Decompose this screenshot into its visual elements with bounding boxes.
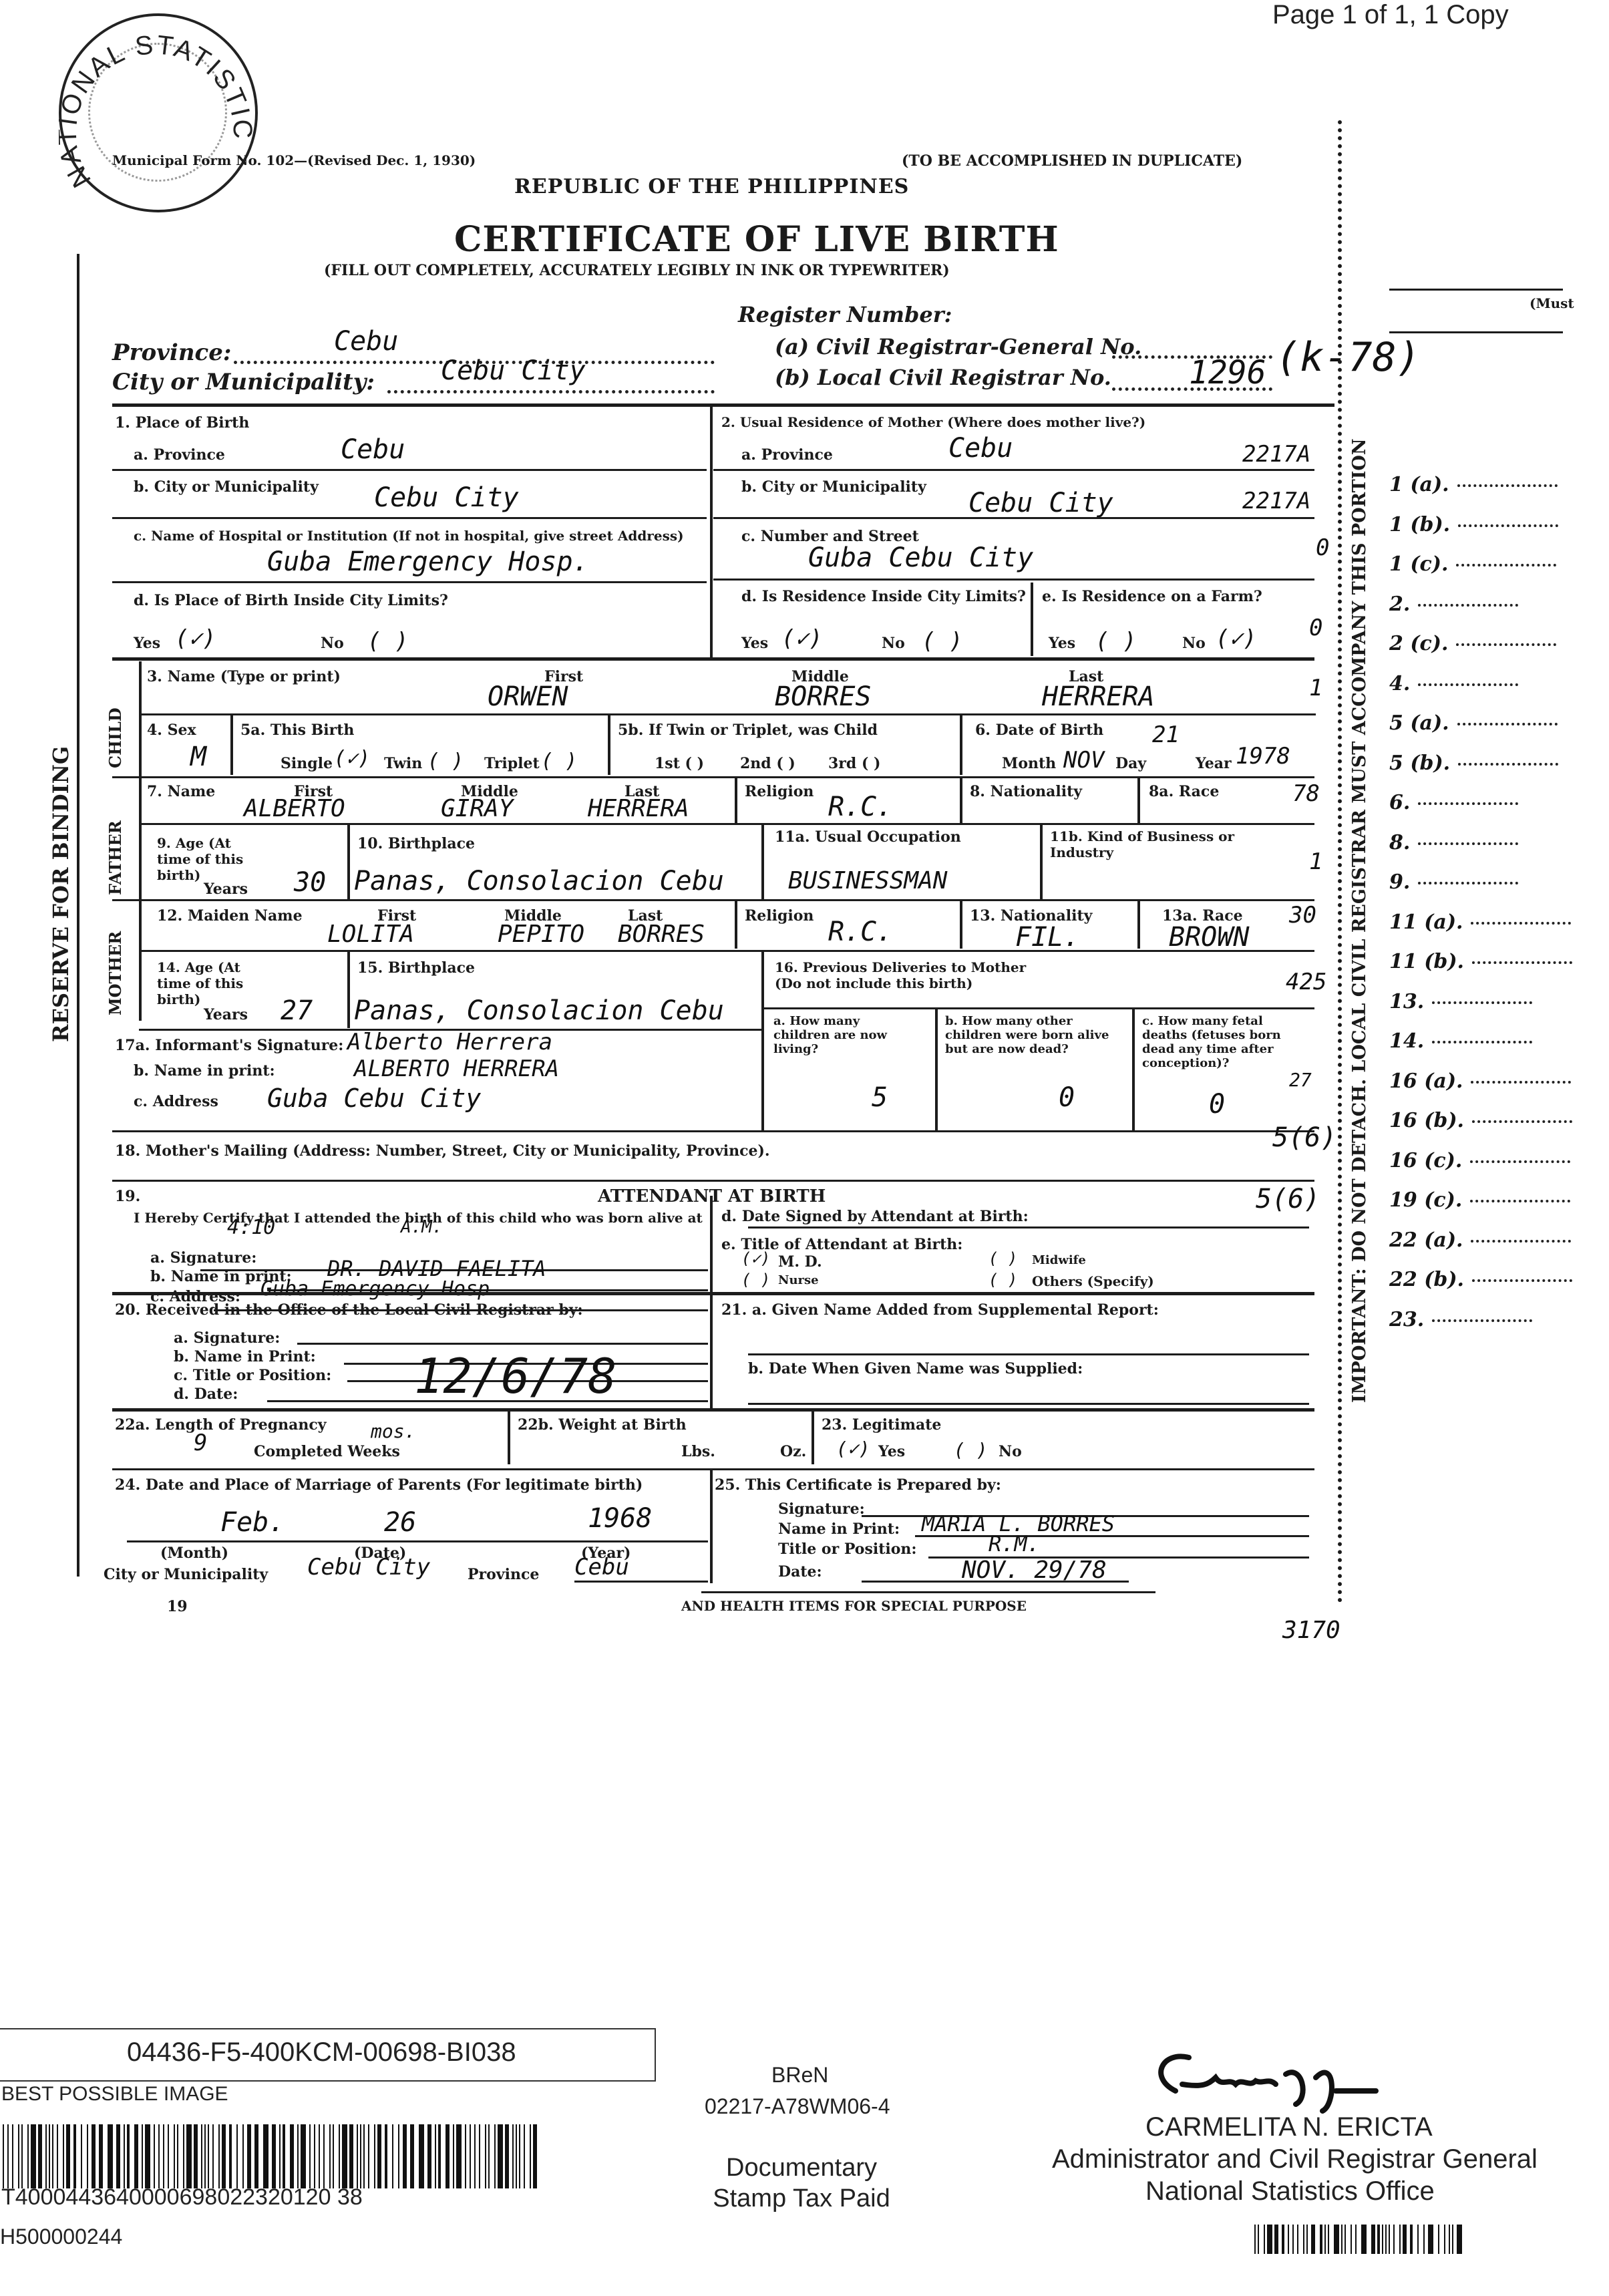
res-farm-yes-label: Yes (1049, 635, 1075, 652)
nurse-checkbox[interactable]: ( ) (741, 1271, 770, 1289)
father-age[interactable]: 30 (294, 867, 326, 898)
mother-first-name[interactable]: LOLITA (327, 921, 414, 948)
mother-age-label: 14. Age (At time of this birth) (157, 959, 250, 1007)
barcode (3, 2124, 540, 2188)
coding-item-leader (1418, 842, 1518, 845)
barcode-bar (177, 2124, 178, 2188)
barcode-bar (3, 2124, 4, 2188)
marriage-day[interactable]: 26 (384, 1507, 416, 1538)
rule (574, 1581, 708, 1583)
marriage-footer-fragment: 19 (167, 1598, 188, 1615)
birth-ampm[interactable]: A.M. (401, 1217, 443, 1237)
barcode-bar (254, 2124, 258, 2188)
coding-item: 5 (a). (1389, 711, 1558, 735)
barcode-bar (323, 2124, 325, 2188)
barcode-bar (1258, 2225, 1259, 2254)
coding-item: 22 (a). (1389, 1228, 1571, 1252)
barcode-bar (272, 2124, 276, 2188)
barcode-bar (81, 2124, 82, 2188)
mother-middle-name[interactable]: PEPITO (498, 921, 584, 948)
barcode-bar (1324, 2225, 1326, 2254)
coding-item-leader (1457, 484, 1558, 487)
rule (112, 1130, 1314, 1132)
coding-item-leader (1470, 1200, 1570, 1202)
barcode-bar (435, 2124, 436, 2188)
father-religion[interactable]: R.C. (828, 792, 892, 822)
first-order[interactable]: 1st ( ) (655, 755, 704, 772)
prepared-name-label: Name in Print: (778, 1520, 900, 1538)
twin-label: Twin (384, 755, 422, 772)
rule (112, 657, 1314, 661)
pregnancy-length[interactable]: 9 (194, 1430, 207, 1456)
barcode-bar (229, 2124, 232, 2188)
res-inside-no-label: No (882, 635, 905, 652)
barcode-bar (116, 2124, 120, 2188)
barcode-bar (1282, 2225, 1284, 2254)
barcode-bar (1328, 2225, 1329, 2254)
triplet-checkbox[interactable]: ( ) (541, 750, 577, 773)
barcode-bar (419, 2124, 424, 2188)
barcode-bar (374, 2124, 375, 2188)
pob-no-label: No (321, 635, 344, 652)
barcode-bar (512, 2124, 514, 2188)
marriage-province-label: Province (468, 1566, 539, 1583)
father-first-name[interactable]: ALBERTO (244, 795, 345, 822)
mother-religion[interactable]: R.C. (828, 917, 892, 947)
rule (701, 1591, 1155, 1593)
res-province-label: a. Province (741, 446, 833, 464)
coding-item: 16 (a). (1389, 1070, 1571, 1093)
prepared-title-label: Title or Position: (778, 1540, 917, 1558)
rule-v (1031, 583, 1033, 656)
barcode-bar (279, 2124, 281, 2188)
barcode-bar (124, 2124, 125, 2188)
father-business-code: 1 (1309, 848, 1322, 875)
rule (112, 776, 1314, 778)
rule-col-split-1 (710, 403, 713, 657)
coding-item-leader (1458, 524, 1558, 527)
barcode-bar (1311, 2225, 1315, 2254)
reference-number: 04436-F5-400KCM-00698-BI038 (127, 2037, 516, 2068)
detach-line (1338, 120, 1342, 1603)
barcode-bar (99, 2124, 103, 2188)
received-title-label: c. Title or Position: (174, 1367, 331, 1384)
child-section-label: CHILD (106, 707, 125, 768)
coding-item: 5 (b). (1389, 752, 1558, 775)
coding-item: 13. (1389, 990, 1532, 1013)
barcode-bar (142, 2124, 143, 2188)
res-province-code: 2217A (1242, 441, 1310, 468)
barcode-bar (1385, 2225, 1387, 2254)
legitimate-yes-checkbox[interactable]: (✓) (836, 1438, 870, 1460)
coding-item-label: 16 (c). (1389, 1149, 1462, 1172)
barcode-bar (385, 2124, 387, 2188)
barcode-bar (45, 2124, 47, 2188)
received-signature-label: a. Signature: (174, 1329, 280, 1347)
coding-item-label: 5 (b). (1389, 752, 1450, 775)
father-occupation[interactable]: BUSINESSMAN (788, 867, 947, 894)
control-number: H500000244 (0, 2225, 122, 2249)
rule (112, 899, 1314, 901)
barcode-bar (1303, 2225, 1304, 2254)
rule (862, 1581, 1129, 1583)
coding-item-leader (1471, 922, 1571, 925)
pregnancy-length-label: 22a. Length of Pregnancy (115, 1416, 327, 1434)
mother-last-name[interactable]: BORRES (618, 921, 705, 948)
barcode-bar (488, 2124, 490, 2188)
pob-no-checkbox[interactable]: ( ) (367, 628, 408, 655)
res-province-value[interactable]: Cebu (948, 433, 1013, 464)
barcode-bar (1320, 2225, 1322, 2254)
children-dead[interactable]: 0 (1059, 1082, 1075, 1113)
barcode-bar (108, 2124, 113, 2188)
pob-province-value[interactable]: Cebu (341, 434, 405, 465)
child-first-name[interactable]: ORWEN (488, 681, 568, 712)
child-name-label: 3. Name (Type or print) (147, 668, 341, 685)
dob-month[interactable]: NOV (1063, 747, 1104, 774)
barcode-bar (1417, 2225, 1419, 2254)
birth-time[interactable]: 4:10 (227, 1216, 275, 1239)
barcode-bar (57, 2124, 58, 2188)
rule-v (761, 951, 764, 1130)
barcode-bar (212, 2124, 214, 2188)
rule-v (1137, 778, 1140, 824)
informant-name-label: b. Name in print: (134, 1062, 275, 1080)
rule-v (812, 1411, 814, 1464)
coding-item-leader (1432, 1001, 1532, 1004)
barcode-bar (1351, 2225, 1352, 2254)
coding-item: 2 (c). (1389, 632, 1556, 655)
dob-year[interactable]: 1978 (1236, 743, 1290, 770)
register-number-label: Register Number: (738, 302, 952, 327)
informant-address[interactable]: Guba Cebu City (267, 1084, 481, 1113)
rule-v (1132, 1009, 1135, 1130)
attendant-signature-label: a. Signature: (150, 1249, 256, 1267)
coding-item: 9. (1389, 870, 1518, 894)
barcode-bar (329, 2124, 331, 2188)
important-label: IMPORTANT: DO NOT DETACH. LOCAL CIVIL RE… (1349, 438, 1370, 1403)
form-instructions: (FILL OUT COMPLETELY, ACCURATELY LEGIBLY… (324, 262, 950, 279)
signature-icon (1135, 2037, 1483, 2118)
barcode-bar (290, 2124, 294, 2188)
date-signed-code: 5(6) (1256, 1184, 1320, 1214)
barcode-bar (49, 2124, 50, 2188)
dob-label: 6. Date of Birth (975, 721, 1103, 739)
barcode-bar (27, 2124, 29, 2188)
rule (763, 1007, 1314, 1009)
barcode-bar (127, 2124, 130, 2188)
child-last-name[interactable]: HERRERA (1042, 681, 1155, 712)
city-leader (387, 390, 715, 393)
city-value[interactable]: Cebu City (441, 355, 586, 386)
lbs-label: Lbs. (681, 1443, 715, 1460)
children-living-label: a. How many children are now living? (773, 1014, 907, 1056)
barcode-bar (533, 2124, 537, 2188)
rule-v (761, 824, 764, 899)
res-inside-yes-label: Yes (741, 635, 768, 652)
fetal-deaths-label: c. How many fetal deaths (fetuses born d… (1142, 1014, 1309, 1070)
residence-heading: 2. Usual Residence of Mother (Where does… (721, 414, 1145, 430)
marriage-city-label: City or Municipality (104, 1566, 268, 1583)
province-value[interactable]: Cebu (334, 326, 398, 357)
barcode-bar (1274, 2225, 1278, 2254)
midwife-checkbox[interactable]: ( ) (989, 1249, 1017, 1268)
bren-label: BReN (771, 2063, 828, 2088)
md-checkbox[interactable]: (✓) (741, 1249, 770, 1268)
father-race-label: 8a. Race (1149, 783, 1219, 800)
barcode-bar (12, 2124, 13, 2188)
coding-item: 6. (1389, 791, 1518, 814)
rule-v (1040, 824, 1043, 899)
pob-city-label: b. City or Municipality (134, 478, 319, 496)
mother-birthplace-label: 15. Birthplace (357, 959, 475, 977)
mailing-label: 18. Mother's Mailing (Address: Number, S… (115, 1142, 770, 1160)
barcode-bar (357, 2124, 358, 2188)
barcode-bar (154, 2124, 155, 2188)
rule (112, 1408, 1314, 1412)
res-city-value[interactable]: Cebu City (968, 488, 1113, 518)
coding-heading: (Must (1530, 295, 1574, 311)
bren-number: 02217-A78WM06-4 (705, 2094, 890, 2119)
barcode-bar (479, 2124, 480, 2188)
barcode-text: T4000443640000698022320120 38 (1, 2184, 363, 2210)
dob-day[interactable]: 21 (1152, 721, 1180, 748)
father-birthplace[interactable]: Panas, Consolacion Cebu (354, 866, 724, 896)
form-number: Municipal Form No. 102—(Revised Dec. 1, … (112, 152, 476, 168)
res-inside-city-label: d. Is Residence Inside City Limits? (741, 588, 1026, 605)
res-street-value[interactable]: Guba Cebu City (808, 542, 1033, 573)
barcode-bar (1449, 2225, 1450, 2254)
twin-order-label: 5b. If Twin or Triplet, was Child (618, 721, 878, 739)
rule (112, 581, 707, 583)
prepared-title[interactable]: R.M. (989, 1531, 1040, 1556)
father-middle-name[interactable]: GIRAY (441, 795, 513, 822)
res-farm-yes-checkbox[interactable]: ( ) (1095, 628, 1136, 655)
stamp-text-ring: NATIONAL STATISTICS OFFICE (59, 13, 252, 207)
nso-stamp: NATIONAL STATISTICS OFFICE (59, 13, 258, 212)
coding-item-label: 9. (1389, 870, 1410, 894)
sex-value[interactable]: M (190, 742, 206, 772)
barcode-bar (319, 2124, 320, 2188)
barcode-bar (339, 2124, 340, 2188)
barcode-bar (1371, 2225, 1375, 2254)
barcode-bar (1452, 2225, 1453, 2254)
res-inside-no-checkbox[interactable]: ( ) (922, 628, 962, 655)
children-living[interactable]: 5 (872, 1082, 888, 1113)
barcode-bar (1410, 2225, 1413, 2254)
mother-race[interactable]: BROWN (1169, 922, 1249, 953)
coding-item-leader (1418, 802, 1518, 805)
father-race-code: 78 (1292, 780, 1320, 807)
others-label: Others (Specify) (1032, 1273, 1154, 1289)
barcode-bar (524, 2124, 525, 2188)
barcode-bar (363, 2124, 365, 2188)
res-farm-code: 0 (1309, 615, 1322, 641)
barcode-bar (208, 2124, 209, 2188)
triplet-label: Triplet (484, 755, 540, 772)
marriage-year[interactable]: 1968 (588, 1503, 652, 1534)
signatory-title: Administrator and Civil Registrar Genera… (1052, 2144, 1538, 2174)
res-farm-label: e. Is Residence on a Farm? (1042, 588, 1262, 605)
child-middle-name[interactable]: BORRES (775, 681, 872, 712)
father-last-name[interactable]: HERRERA (588, 795, 689, 822)
pob-yes-checkbox[interactable]: (✓) (175, 625, 216, 652)
barcode-bar (456, 2124, 462, 2188)
barcode-bar (158, 2124, 160, 2188)
rule-v (139, 900, 142, 1021)
rule-v (230, 715, 233, 775)
barcode-bar (494, 2124, 496, 2188)
marriage-province[interactable]: Cebu (574, 1554, 629, 1581)
province-label: Province: (112, 339, 231, 366)
father-occupation-label: 11a. Usual Occupation (775, 828, 961, 846)
barcode-bar (530, 2124, 531, 2188)
informant-signature[interactable]: Alberto Herrera (347, 1029, 552, 1055)
local-civil-registrar-value[interactable]: 1296 (1189, 354, 1266, 391)
coding-item-leader (1472, 1120, 1572, 1123)
barcode-bar (360, 2124, 361, 2188)
barcode-bar (38, 2124, 42, 2188)
coding-item-leader (1458, 763, 1558, 766)
rule (127, 1540, 708, 1542)
barcode-bar (1345, 2225, 1346, 2254)
marriage-label: 24. Date and Place of Marriage of Parent… (115, 1476, 643, 1494)
barcode-bar (263, 2124, 269, 2188)
father-age-label: 9. Age (At time of this birth) (157, 835, 250, 883)
res-inside-yes-checkbox[interactable]: (✓) (781, 625, 822, 652)
informant-address-label: c. Address (134, 1093, 218, 1110)
single-checkbox[interactable]: (✓) (334, 747, 370, 770)
barcode-bar (516, 2124, 517, 2188)
rule (140, 713, 1316, 715)
binding-line (77, 254, 79, 1577)
marriage-city[interactable]: Cebu City (307, 1554, 430, 1581)
children-dead-label: b. How many other children were born ali… (945, 1014, 1119, 1056)
barcode-bar (145, 2124, 150, 2188)
barcode-bar (1341, 2225, 1343, 2254)
coding-item-label: 5 (a). (1389, 711, 1449, 735)
coding-item-leader (1432, 1041, 1532, 1043)
pregnancy-unit: Completed Weeks (254, 1443, 400, 1460)
father-business-label: 11b. Kind of Business or Industry (1050, 828, 1250, 860)
mother-maiden-label: 12. Maiden Name (157, 907, 303, 925)
md-label: M. D. (778, 1253, 822, 1271)
barcode-bar (301, 2124, 306, 2188)
coding-item-label: 11 (a). (1389, 911, 1463, 934)
barcode-bar (377, 2124, 381, 2188)
prepared-date[interactable]: NOV. 29/78 (962, 1556, 1107, 1584)
father-years-label: Years (204, 880, 248, 898)
month-label: Month (1002, 755, 1056, 772)
legitimate-no-checkbox[interactable]: ( ) (954, 1439, 988, 1461)
barcode-bar (1292, 2225, 1294, 2254)
coding-item: 16 (c). (1389, 1149, 1570, 1172)
marriage-month[interactable]: Feb. (220, 1507, 285, 1538)
rule (139, 823, 1314, 825)
barcode-bar (474, 2124, 476, 2188)
father-religion-label: Religion (745, 783, 814, 800)
informant-name[interactable]: ALBERTO HERRERA (354, 1055, 559, 1082)
coding-item-label: 22 (b). (1389, 1268, 1464, 1291)
twin-checkbox[interactable]: ( ) (427, 750, 464, 773)
barcode-bar (1254, 2225, 1256, 2254)
barcode-bar (465, 2124, 466, 2188)
coding-item: 23. (1389, 1308, 1532, 1331)
rule-v (139, 661, 142, 935)
rule (112, 1292, 1314, 1295)
barcode-bar (1355, 2225, 1357, 2254)
received-date[interactable]: 12/6/78 (414, 1348, 616, 1404)
coding-line (1389, 289, 1563, 291)
rule-v (960, 778, 962, 824)
barcode-bar (247, 2124, 251, 2188)
pob-inside-city-label: d. Is Place of Birth Inside City Limits? (134, 592, 448, 609)
coding-item: 16 (b). (1389, 1109, 1572, 1132)
attendant-address[interactable]: Guba Emergency Hosp. (260, 1277, 502, 1301)
third-order[interactable]: 3rd ( ) (828, 755, 880, 772)
barcode-bar (218, 2124, 220, 2188)
barcode-bar (204, 2124, 206, 2188)
rule (748, 1353, 1309, 1355)
deliveries-code: 425 (1286, 969, 1326, 995)
mother-race-code: 30 (1289, 902, 1316, 929)
barcode-bar (242, 2124, 244, 2188)
page-info: Page 1 of 1, 1 Copy (1272, 0, 1509, 30)
barcode-bar (52, 2124, 53, 2188)
barcode-bar (73, 2124, 76, 2188)
health-note: AND HEALTH ITEMS FOR SPECIAL PURPOSE (681, 1598, 1027, 1614)
barcode-bar (1264, 2225, 1265, 2254)
coding-item-label: 23. (1389, 1308, 1424, 1331)
barcode-bar (314, 2124, 315, 2188)
pob-city-value[interactable]: Cebu City (374, 482, 519, 513)
barcode-bar (297, 2124, 299, 2188)
barcode-bar (1361, 2225, 1367, 2254)
barcode-bar (349, 2124, 353, 2188)
mother-birthplace[interactable]: Panas, Consolacion Cebu (354, 995, 724, 1026)
this-birth-label: 5a. This Birth (240, 721, 354, 739)
coding-item-label: 14. (1389, 1029, 1424, 1053)
coding-item-label: 11 (b). (1389, 950, 1464, 973)
stamp-tax: Documentary Stamp Tax Paid (701, 2152, 902, 2214)
pob-hospital-value[interactable]: Guba Emergency Hosp. (267, 546, 589, 577)
others-checkbox[interactable]: ( ) (989, 1271, 1017, 1289)
rule (112, 469, 707, 471)
coding-item: 22 (b). (1389, 1268, 1572, 1291)
barcode-bar (183, 2124, 184, 2188)
mother-nationality[interactable]: FIL. (1015, 922, 1079, 953)
res-farm-no-checkbox[interactable]: (✓) (1216, 625, 1256, 652)
barcode-bar (66, 2124, 70, 2188)
legitimate-yes-label: Yes (878, 1443, 905, 1460)
coding-item-leader (1457, 723, 1558, 725)
fetal-deaths[interactable]: 0 (1209, 1089, 1225, 1120)
sex-label: 4. Sex (147, 721, 196, 739)
second-order[interactable]: 2nd ( ) (740, 755, 795, 772)
binding-label: RESERVE FOR BINDING (48, 746, 73, 1042)
coding-item: 11 (a). (1389, 911, 1571, 934)
rule (713, 517, 1314, 519)
mother-age[interactable]: 27 (281, 995, 313, 1026)
certificate-title: CERTIFICATE OF LIVE BIRTH (454, 219, 1059, 260)
prepared-signature-label: Signature: (778, 1500, 865, 1518)
barcode-bar (519, 2124, 520, 2188)
father-name-label: 7. Name (147, 783, 215, 800)
rule-v (508, 1411, 510, 1464)
coding-item: 1 (a). (1389, 473, 1558, 496)
barcode-bar (1403, 2225, 1407, 2254)
coding-item-leader (1432, 1319, 1532, 1322)
